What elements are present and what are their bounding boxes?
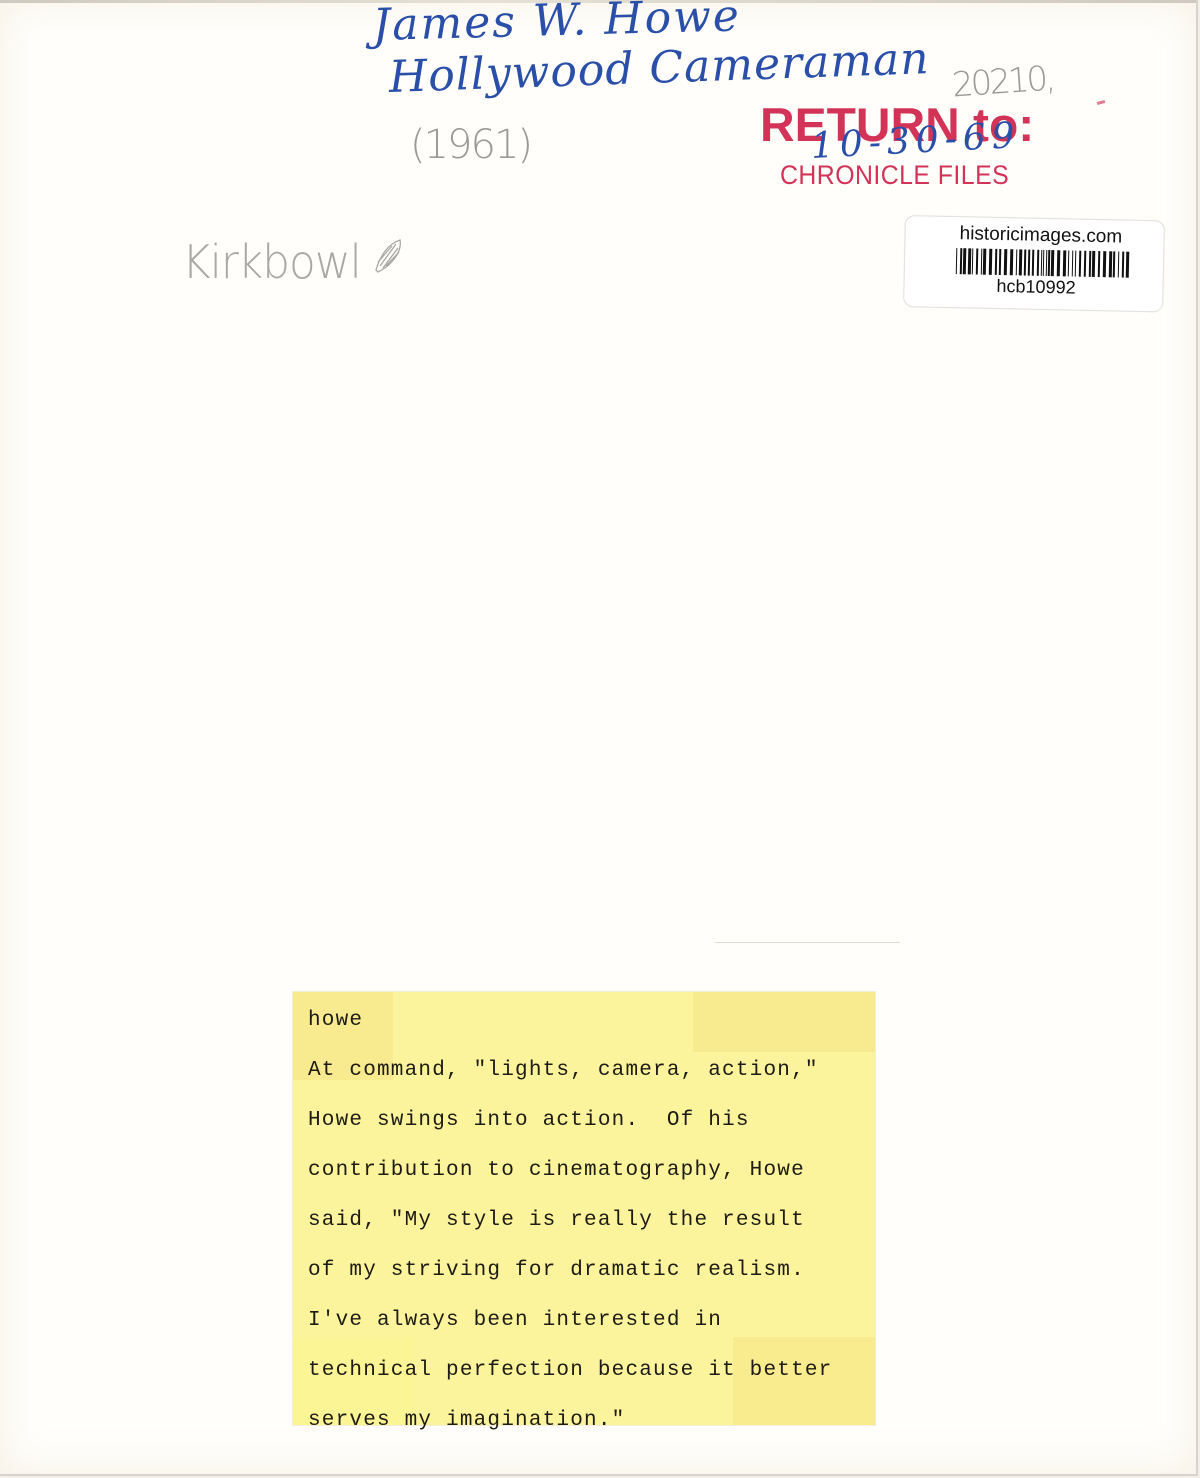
caption-line: At command, "lights, camera, action," bbox=[308, 1046, 832, 1096]
barcode-icon bbox=[956, 248, 1132, 278]
caption-line: technical perfection because it better bbox=[308, 1346, 832, 1396]
caption-line: Howe swings into action. Of his bbox=[308, 1096, 832, 1146]
caption-line: serves my imagination." bbox=[308, 1396, 832, 1446]
pencil-photographer-name: Kirkbowl bbox=[182, 235, 361, 289]
caption-line: of my striving for dramatic realism. bbox=[308, 1246, 832, 1296]
caption-text: howe At command, "lights, camera, action… bbox=[308, 996, 832, 1446]
photo-back-sheet: James W. Howe Hollywood Cameraman (1961)… bbox=[0, 0, 1198, 1476]
caption-line: said, "My style is really the result bbox=[308, 1196, 832, 1246]
stamp-ink-speck bbox=[1097, 100, 1106, 105]
caption-line: I've always been interested in bbox=[308, 1296, 832, 1346]
caption-slip: howe At command, "lights, camera, action… bbox=[293, 992, 875, 1425]
pencil-year-note: (1961) bbox=[410, 122, 531, 168]
stamp-chronicle-files: CHRONICLE FILES bbox=[780, 160, 1009, 191]
paper-mark bbox=[715, 942, 900, 943]
caption-line: contribution to cinematography, Howe bbox=[308, 1146, 832, 1196]
caption-line: howe bbox=[308, 996, 832, 1046]
pencil-scribble-icon bbox=[372, 236, 404, 276]
barcode-sticker: historicimages.com hcb10992 bbox=[903, 215, 1165, 312]
sticker-site-name: historicimages.com bbox=[959, 223, 1122, 248]
sticker-item-code: hcb10992 bbox=[996, 276, 1076, 299]
